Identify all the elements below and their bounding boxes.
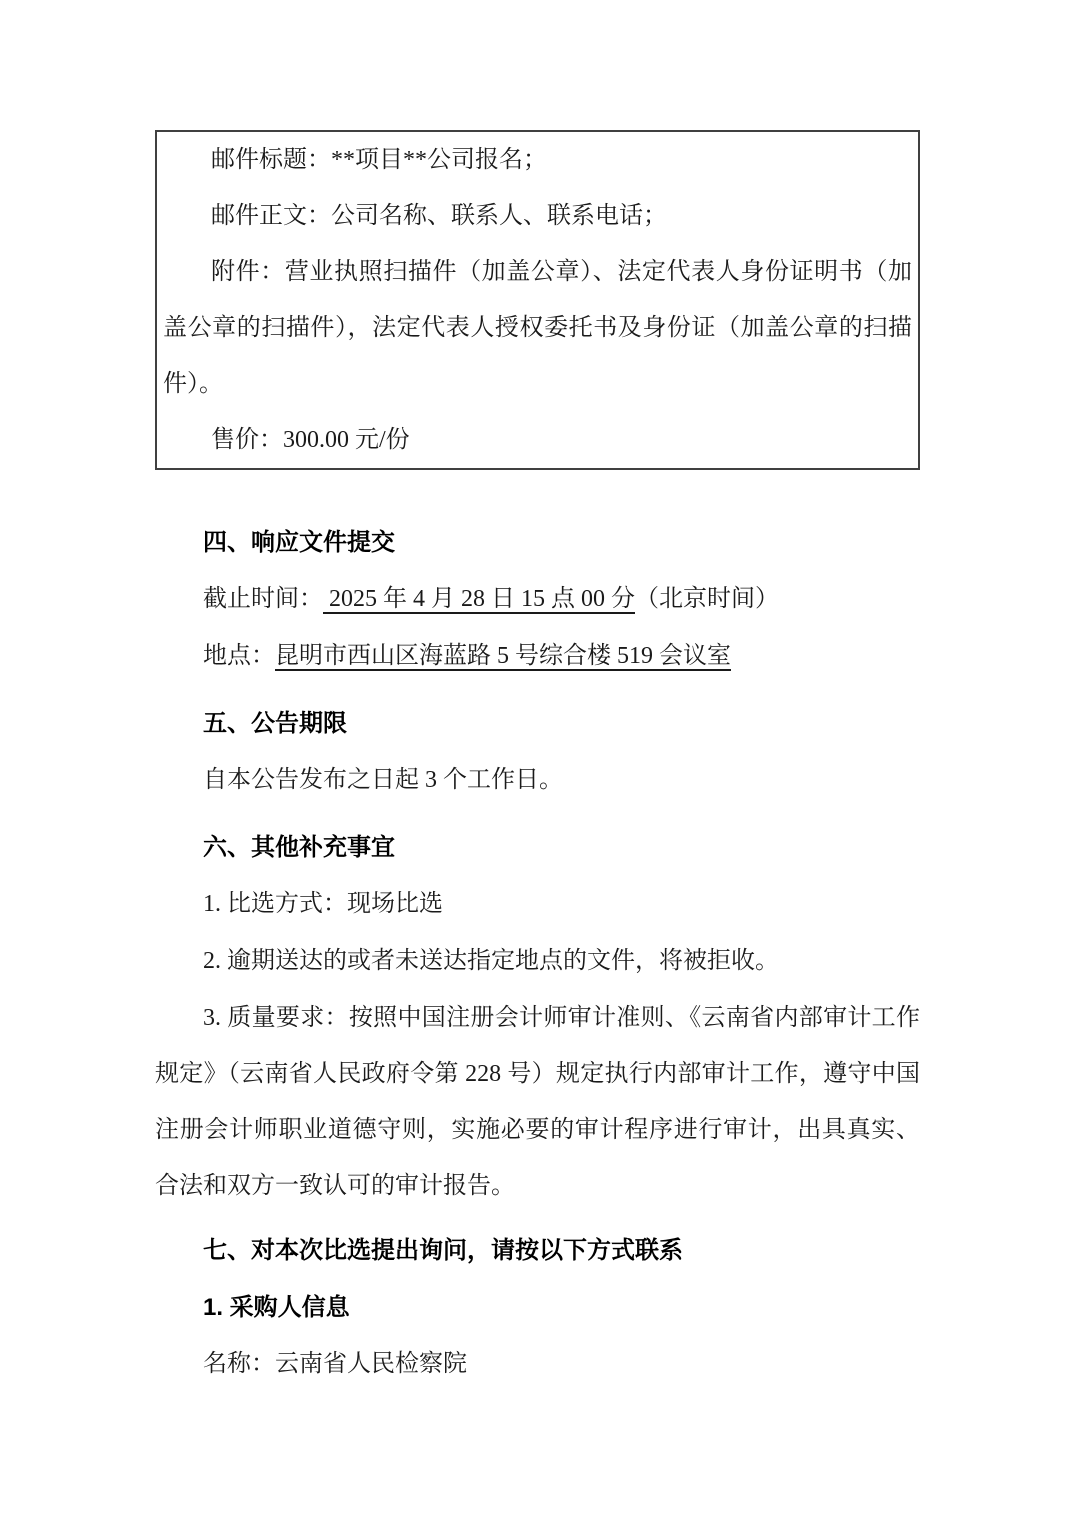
- email-body-line: 邮件正文：公司名称、联系人、联系电话；: [163, 188, 912, 244]
- location-line: 地点：昆明市西山区海蓝路 5 号综合楼 519 会议室: [155, 628, 920, 685]
- deadline-suffix: （北京时间）: [635, 586, 779, 612]
- section-heading-supplementary: 六、其他补充事宜: [155, 819, 920, 876]
- location-value: 昆明市西山区海蓝路 5 号综合楼 519 会议室: [275, 643, 731, 669]
- notice-period-line: 自本公告发布之日起 3 个工作日。: [155, 752, 920, 809]
- supplementary-item-3: 3. 质量要求：按照中国注册会计师审计准则、《云南省内部审计工作规定》（云南省人…: [155, 990, 920, 1214]
- deadline-line: 截止时间： 2025 年 4 月 28 日 15 点 00 分（北京时间）: [155, 571, 920, 628]
- document-body: 四、响应文件提交 截止时间： 2025 年 4 月 28 日 15 点 00 分…: [0, 514, 1074, 1393]
- deadline-label: 截止时间：: [203, 586, 323, 612]
- price-line: 售价：300.00 元/份: [163, 412, 912, 468]
- deadline-value: 2025 年 4 月 28 日 15 点 00 分: [323, 586, 635, 612]
- purchaser-info-heading: 1. 采购人信息: [155, 1279, 920, 1336]
- purchaser-name-line: 名称：云南省人民检察院: [155, 1336, 920, 1393]
- attachments-paragraph: 附件：营业执照扫描件（加盖公章）、法定代表人身份证明书（加盖公章的扫描件），法定…: [163, 244, 912, 412]
- document-page: 邮件标题：**项目**公司报名； 邮件正文：公司名称、联系人、联系电话； 附件：…: [0, 0, 1074, 1520]
- section-heading-submission: 四、响应文件提交: [155, 514, 920, 571]
- location-label: 地点：: [203, 643, 275, 669]
- supplementary-item-2: 2. 逾期送达的或者未送达指定地点的文件，将被拒收。: [155, 933, 920, 990]
- supplementary-item-1: 1. 比选方式：现场比选: [155, 876, 920, 933]
- section-heading-notice-period: 五、公告期限: [155, 695, 920, 752]
- notice-box: 邮件标题：**项目**公司报名； 邮件正文：公司名称、联系人、联系电话； 附件：…: [155, 130, 920, 470]
- section-heading-contact: 七、对本次比选提出询问，请按以下方式联系: [155, 1222, 920, 1279]
- email-subject-line: 邮件标题：**项目**公司报名；: [163, 132, 912, 188]
